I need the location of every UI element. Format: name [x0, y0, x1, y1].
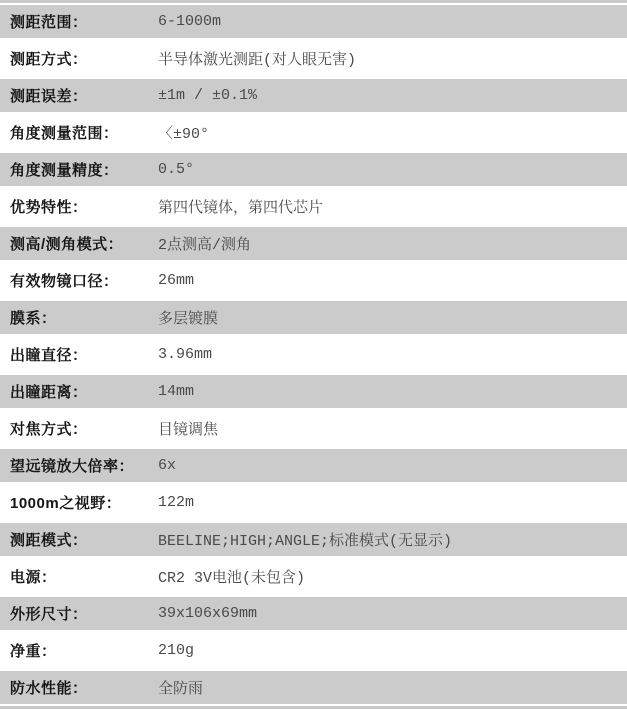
table-row: 角度测量范围： 〈±90°	[0, 114, 627, 151]
spec-label: 测高/测角模式：	[0, 233, 158, 254]
spec-label: 测距范围：	[0, 11, 158, 32]
spec-value: 0.5°	[158, 161, 627, 178]
spec-label: 膜系：	[0, 307, 158, 328]
table-row: 角度测量精度： 0.5°	[0, 151, 627, 188]
spec-label: 望远镜放大倍率：	[0, 455, 158, 476]
spec-value: ±1m / ±0.1%	[158, 87, 627, 104]
table-row: 出瞳距离： 14mm	[0, 373, 627, 410]
spec-label: 测距方式：	[0, 48, 158, 69]
table-row: 优势特性： 第四代镜体，第四代芯片	[0, 188, 627, 225]
spec-label: 外形尺寸：	[0, 603, 158, 624]
table-row: 防水性能： 全防雨	[0, 669, 627, 706]
spec-label: 角度测量范围：	[0, 122, 158, 143]
spec-label: 测距模式：	[0, 529, 158, 550]
spec-value: 目镜调焦	[158, 418, 627, 439]
table-row: 膜系： 多层镀膜	[0, 299, 627, 336]
table-row: 测距范围： 6-1000m	[0, 3, 627, 40]
spec-value: 〈±90°	[158, 122, 627, 143]
spec-value: 第四代镜体，第四代芯片	[158, 196, 627, 217]
spec-label: 1000m之视野：	[0, 492, 158, 513]
table-row: 测距误差： ±1m / ±0.1%	[0, 77, 627, 114]
spec-label: 对焦方式：	[0, 418, 158, 439]
spec-value: 210g	[158, 642, 627, 659]
spec-table: 测距范围： 6-1000m 测距方式： 半导体激光测距(对人眼无害) 测距误差：…	[0, 3, 627, 706]
spec-label: 净重：	[0, 640, 158, 661]
table-row: 有效物镜口径： 26mm	[0, 262, 627, 299]
spec-value: 39x106x69mm	[158, 605, 627, 622]
table-row: 外形尺寸： 39x106x69mm	[0, 595, 627, 632]
spec-value: 122m	[158, 494, 627, 511]
spec-label: 角度测量精度：	[0, 159, 158, 180]
spec-value: BEELINE;HIGH;ANGLE;标准模式(无显示)	[158, 529, 627, 550]
spec-value: 6x	[158, 457, 627, 474]
spec-value: 2点测高/测角	[158, 233, 627, 254]
spec-value: 3.96mm	[158, 346, 627, 363]
spec-value: 26mm	[158, 272, 627, 289]
spec-label: 防水性能：	[0, 677, 158, 698]
table-row: 测高/测角模式： 2点测高/测角	[0, 225, 627, 262]
table-row: 电源： CR2 3V电池(未包含)	[0, 558, 627, 595]
table-row: 净重： 210g	[0, 632, 627, 669]
spec-value: 6-1000m	[158, 13, 627, 30]
spec-label: 电源：	[0, 566, 158, 587]
spec-value: CR2 3V电池(未包含)	[158, 566, 627, 587]
table-row: 测距模式： BEELINE;HIGH;ANGLE;标准模式(无显示)	[0, 521, 627, 558]
spec-page: 测距范围： 6-1000m 测距方式： 半导体激光测距(对人眼无害) 测距误差：…	[0, 0, 627, 709]
spec-label: 出瞳距离：	[0, 381, 158, 402]
table-row: 望远镜放大倍率： 6x	[0, 447, 627, 484]
spec-value: 全防雨	[158, 677, 627, 698]
spec-label: 出瞳直径：	[0, 344, 158, 365]
spec-label: 有效物镜口径：	[0, 270, 158, 291]
spec-value: 14mm	[158, 383, 627, 400]
spec-label: 优势特性：	[0, 196, 158, 217]
spec-label: 测距误差：	[0, 85, 158, 106]
table-row: 出瞳直径： 3.96mm	[0, 336, 627, 373]
table-row: 1000m之视野： 122m	[0, 484, 627, 521]
table-row: 对焦方式： 目镜调焦	[0, 410, 627, 447]
spec-value: 半导体激光测距(对人眼无害)	[158, 48, 627, 69]
spec-value: 多层镀膜	[158, 307, 627, 328]
table-row: 测距方式： 半导体激光测距(对人眼无害)	[0, 40, 627, 77]
